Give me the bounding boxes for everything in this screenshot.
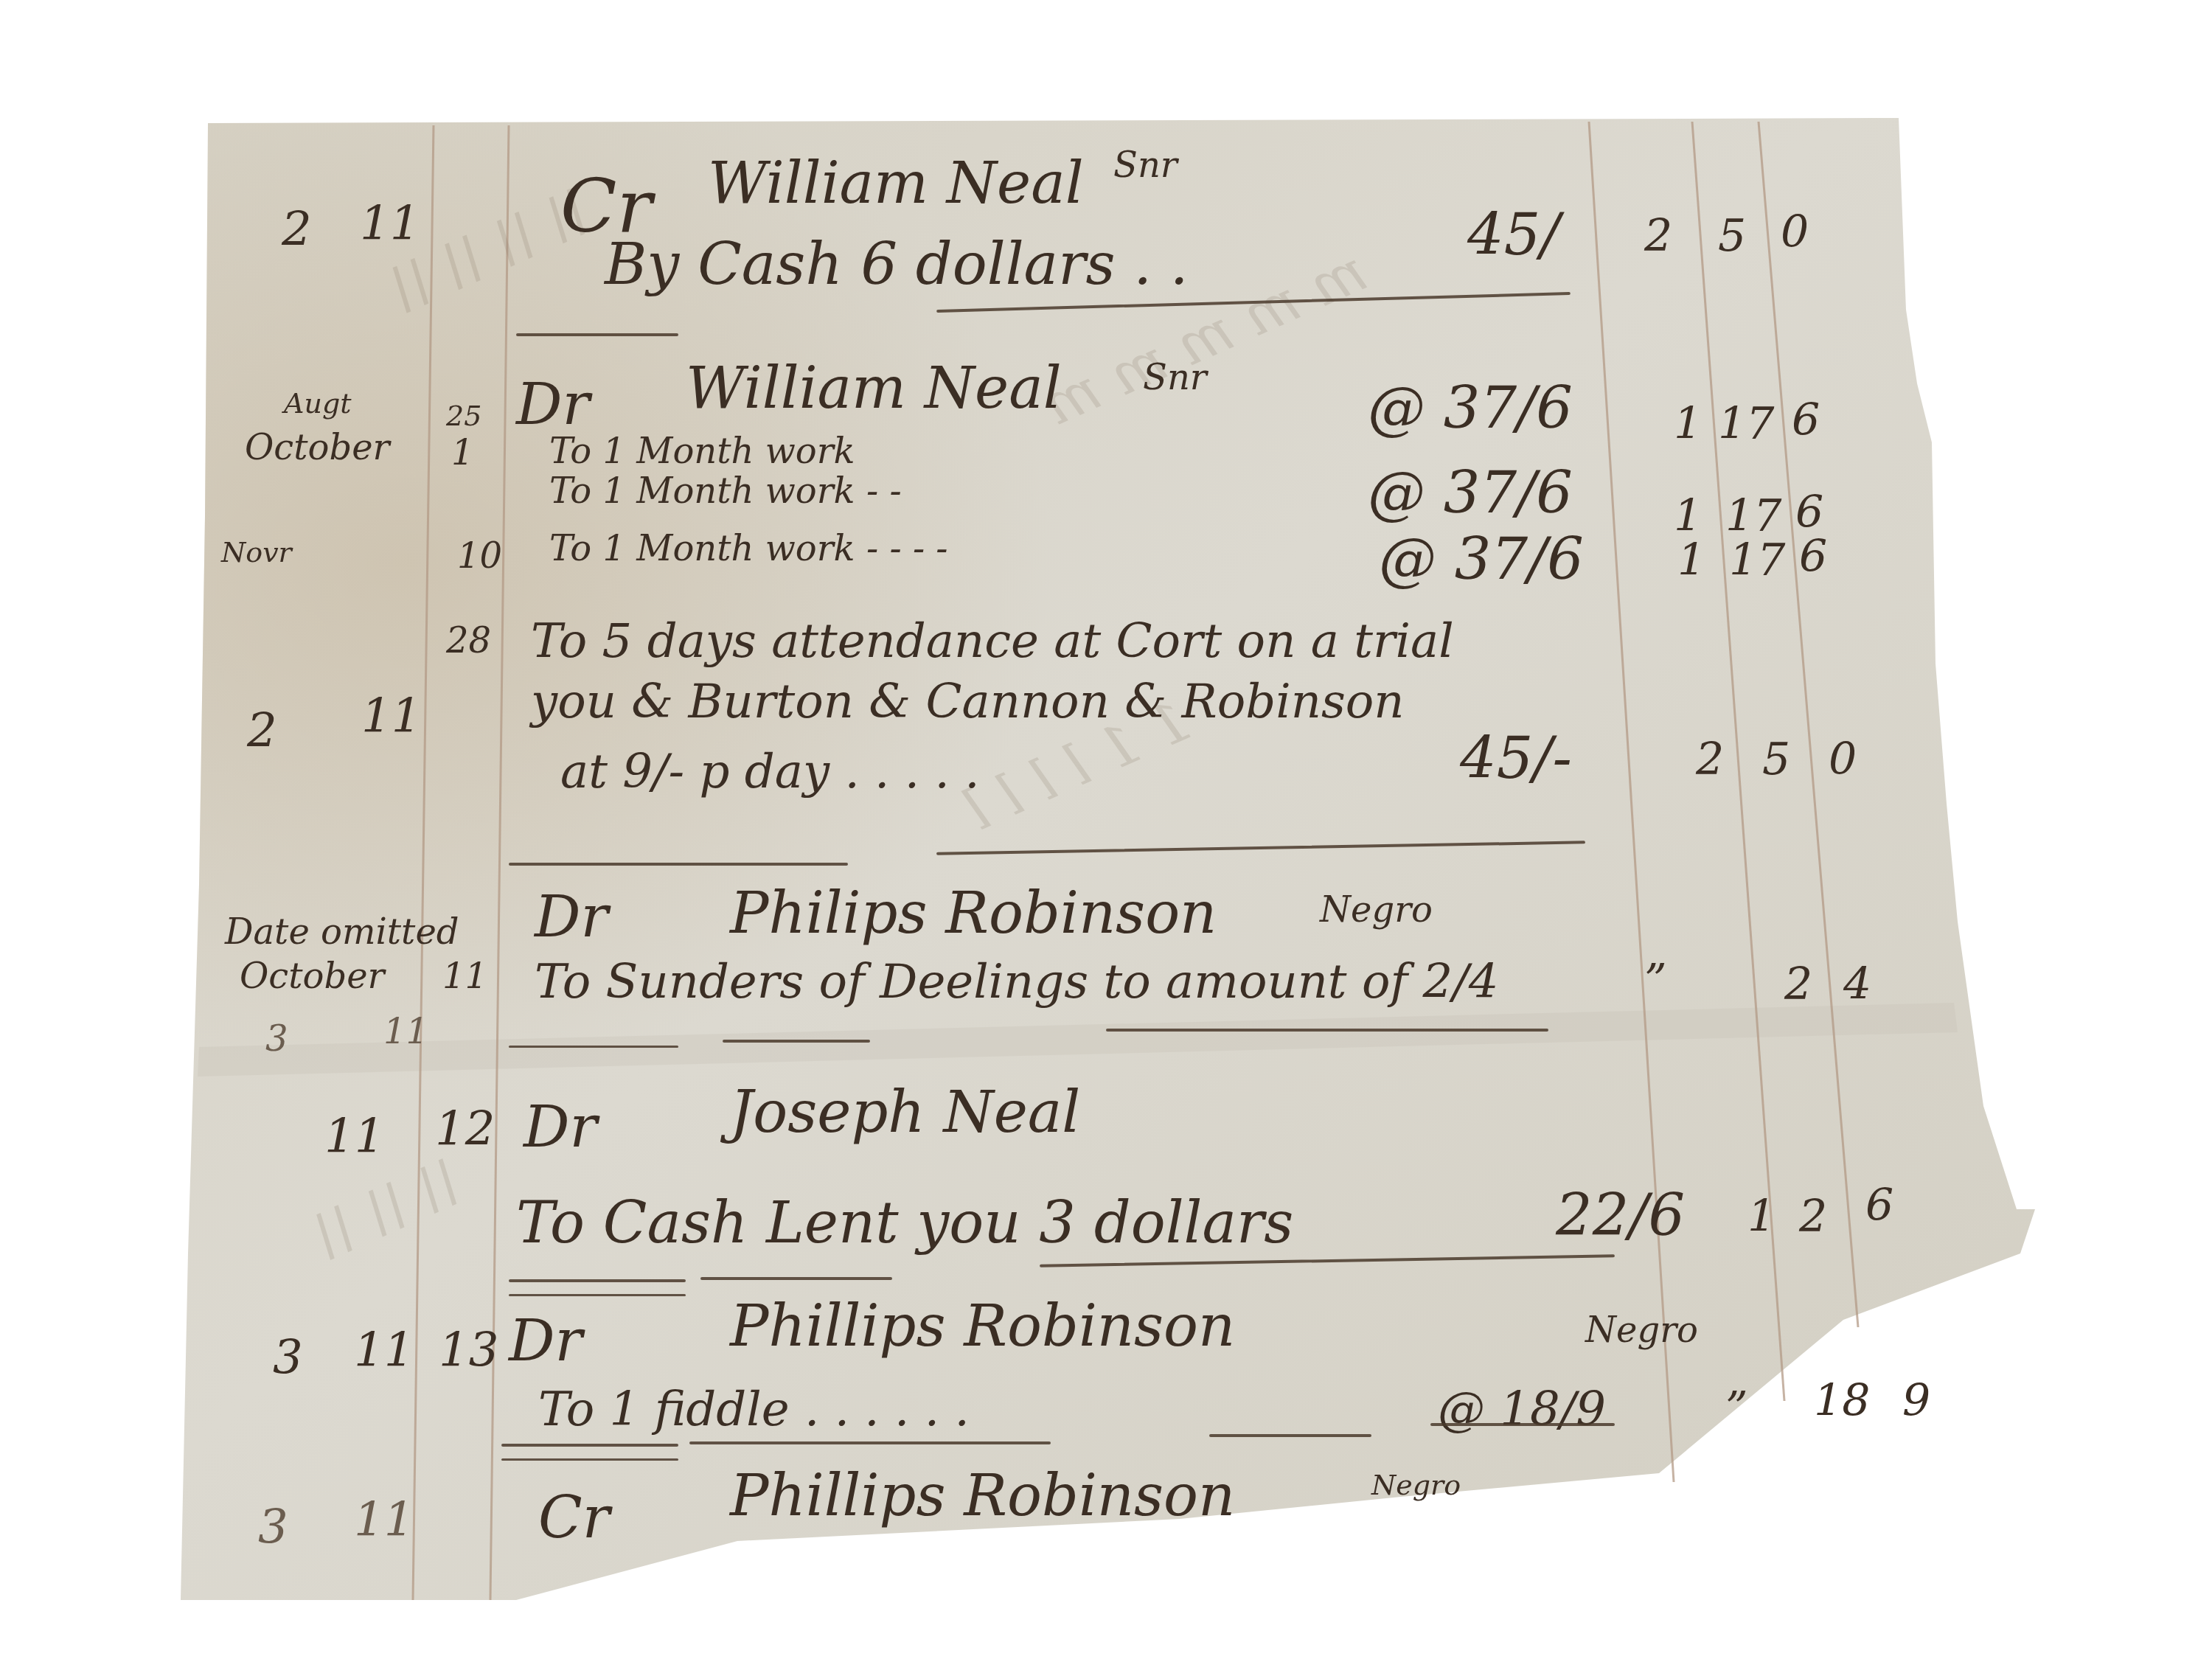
amount-pounds: 1 [1677,538,1705,582]
double-rule [516,333,678,336]
amount-pounds: 2 [1644,214,1672,258]
entry-rate: @ 18/9 [1438,1386,1606,1433]
name-suffix: Snr [1143,360,1207,395]
amount-shillings: 17 [1729,538,1785,582]
amount-pence: 0 [1829,737,1857,782]
double-rule [509,863,848,866]
name-suffix: Negro [1371,1471,1461,1499]
double-rule [723,1040,870,1043]
entry-rate: @ 37/6 [1368,465,1573,522]
day-label: 12 [435,1106,495,1153]
entry-rate: 45/- [1460,730,1572,787]
margin-folio-number: 11 [324,1113,384,1161]
amount-pounds: 1 [1747,1194,1775,1239]
day-label: 25 [446,402,481,430]
entry-line: By Cash 6 dollars . . [605,236,1189,293]
double-rule [501,1458,678,1461]
amount-pounds: 2 [1696,737,1724,782]
entry-line: To 5 days attendance at Cort on a trial [531,618,1454,665]
debit-marker: Dr [516,376,590,434]
double-rule [509,1279,686,1282]
entry-rate: 45/ [1467,206,1560,264]
underline [1430,1423,1615,1426]
amount-shillings: 18 [1814,1379,1870,1423]
amount-pence: 6 [1865,1183,1893,1228]
name-suffix: Negro [1320,892,1433,928]
double-rule [689,1441,1051,1444]
double-rule [509,1046,678,1048]
credit-marker: Cr [538,1489,610,1547]
day-label: 1 [451,435,474,470]
day-label: 13 [439,1327,498,1374]
double-rule [1209,1434,1371,1437]
amount-pence: 0 [1781,210,1809,254]
margin-note: Date omitted [225,914,459,950]
margin-page-number: 3 [273,1335,303,1382]
account-name: Philips Robinson [730,885,1217,942]
amount-pounds: 1 [1674,494,1702,538]
entry-line: To 1 Month work [549,434,855,469]
entry-line: at 9/- p day . . . . . [560,748,980,796]
double-rule [501,1444,678,1447]
entry-line: To 1 Month work - - - - [549,531,948,566]
amount-shillings: 5 [1762,737,1790,782]
margin-folio-number: 11 [360,201,420,248]
margin-page-number: 2 [247,708,277,755]
amount-shillings: 2 [1799,1194,1827,1239]
account-name: Joseph Neal [730,1084,1080,1141]
margin-folio-number: 11 [354,1497,414,1544]
amount-pence: 6 [1792,398,1820,442]
name-suffix: Snr [1113,147,1178,183]
amount-pence: 4 [1843,962,1871,1006]
amount-pence: 6 [1795,490,1823,535]
amount-pounds: ” [1644,959,1667,1003]
name-suffix: Negro [1585,1312,1698,1348]
amount-pounds: 1 [1674,402,1702,446]
month-label: Augt [284,389,352,417]
double-rule [700,1277,892,1280]
amount-pence: 9 [1902,1379,1930,1423]
entry-line: you & Burton & Cannon & Robinson [531,678,1404,726]
amount-shillings: 17 [1718,402,1774,446]
ledger-photo: \\ \\ \\ \\ m m m m m 1 1 l l l l \\ \\ … [0,0,2212,1659]
margin-page-number: 3 [265,1021,288,1057]
month-label: Novr [221,538,292,566]
entry-line: To Sunders of Deelings to amount of 2/4 [535,959,1498,1006]
day-label: 28 [446,623,491,658]
account-name: William Neal [708,155,1084,212]
month-label: October [240,959,385,994]
margin-page-number: 3 [258,1504,288,1551]
margin-folio-number: 11 [354,1327,414,1374]
amount-shillings: 17 [1725,494,1781,538]
account-name: William Neal [686,360,1062,417]
account-name: Phillips Robinson [730,1298,1235,1355]
entry-line: To Cash Lent you 3 dollars [516,1194,1293,1252]
day-label: 10 [457,538,502,574]
month-label: October [245,430,390,465]
margin-folio-number: 11 [383,1014,428,1049]
entry-rate: @ 37/6 [1379,531,1584,588]
entry-rate: @ 37/6 [1368,380,1573,437]
entry-rate: 22/6 [1556,1187,1685,1245]
entry-line: To 1 fiddle . . . . . . [538,1386,970,1433]
debit-marker: Dr [535,888,608,946]
margin-page-number: 2 [282,206,312,254]
day-label: 11 [442,959,487,994]
entry-line: To 1 Month work - - [549,473,902,509]
amount-shillings: 2 [1784,962,1812,1006]
double-rule [509,1294,686,1296]
amount-pounds: ” [1725,1386,1748,1430]
amount-pence: 6 [1799,535,1827,579]
account-name: Phillips Robinson [730,1467,1235,1525]
debit-marker: Dr [509,1312,582,1370]
underline [1106,1029,1548,1032]
amount-shillings: 5 [1718,214,1746,258]
margin-folio-number: 11 [361,693,421,740]
debit-marker: Dr [524,1099,597,1156]
